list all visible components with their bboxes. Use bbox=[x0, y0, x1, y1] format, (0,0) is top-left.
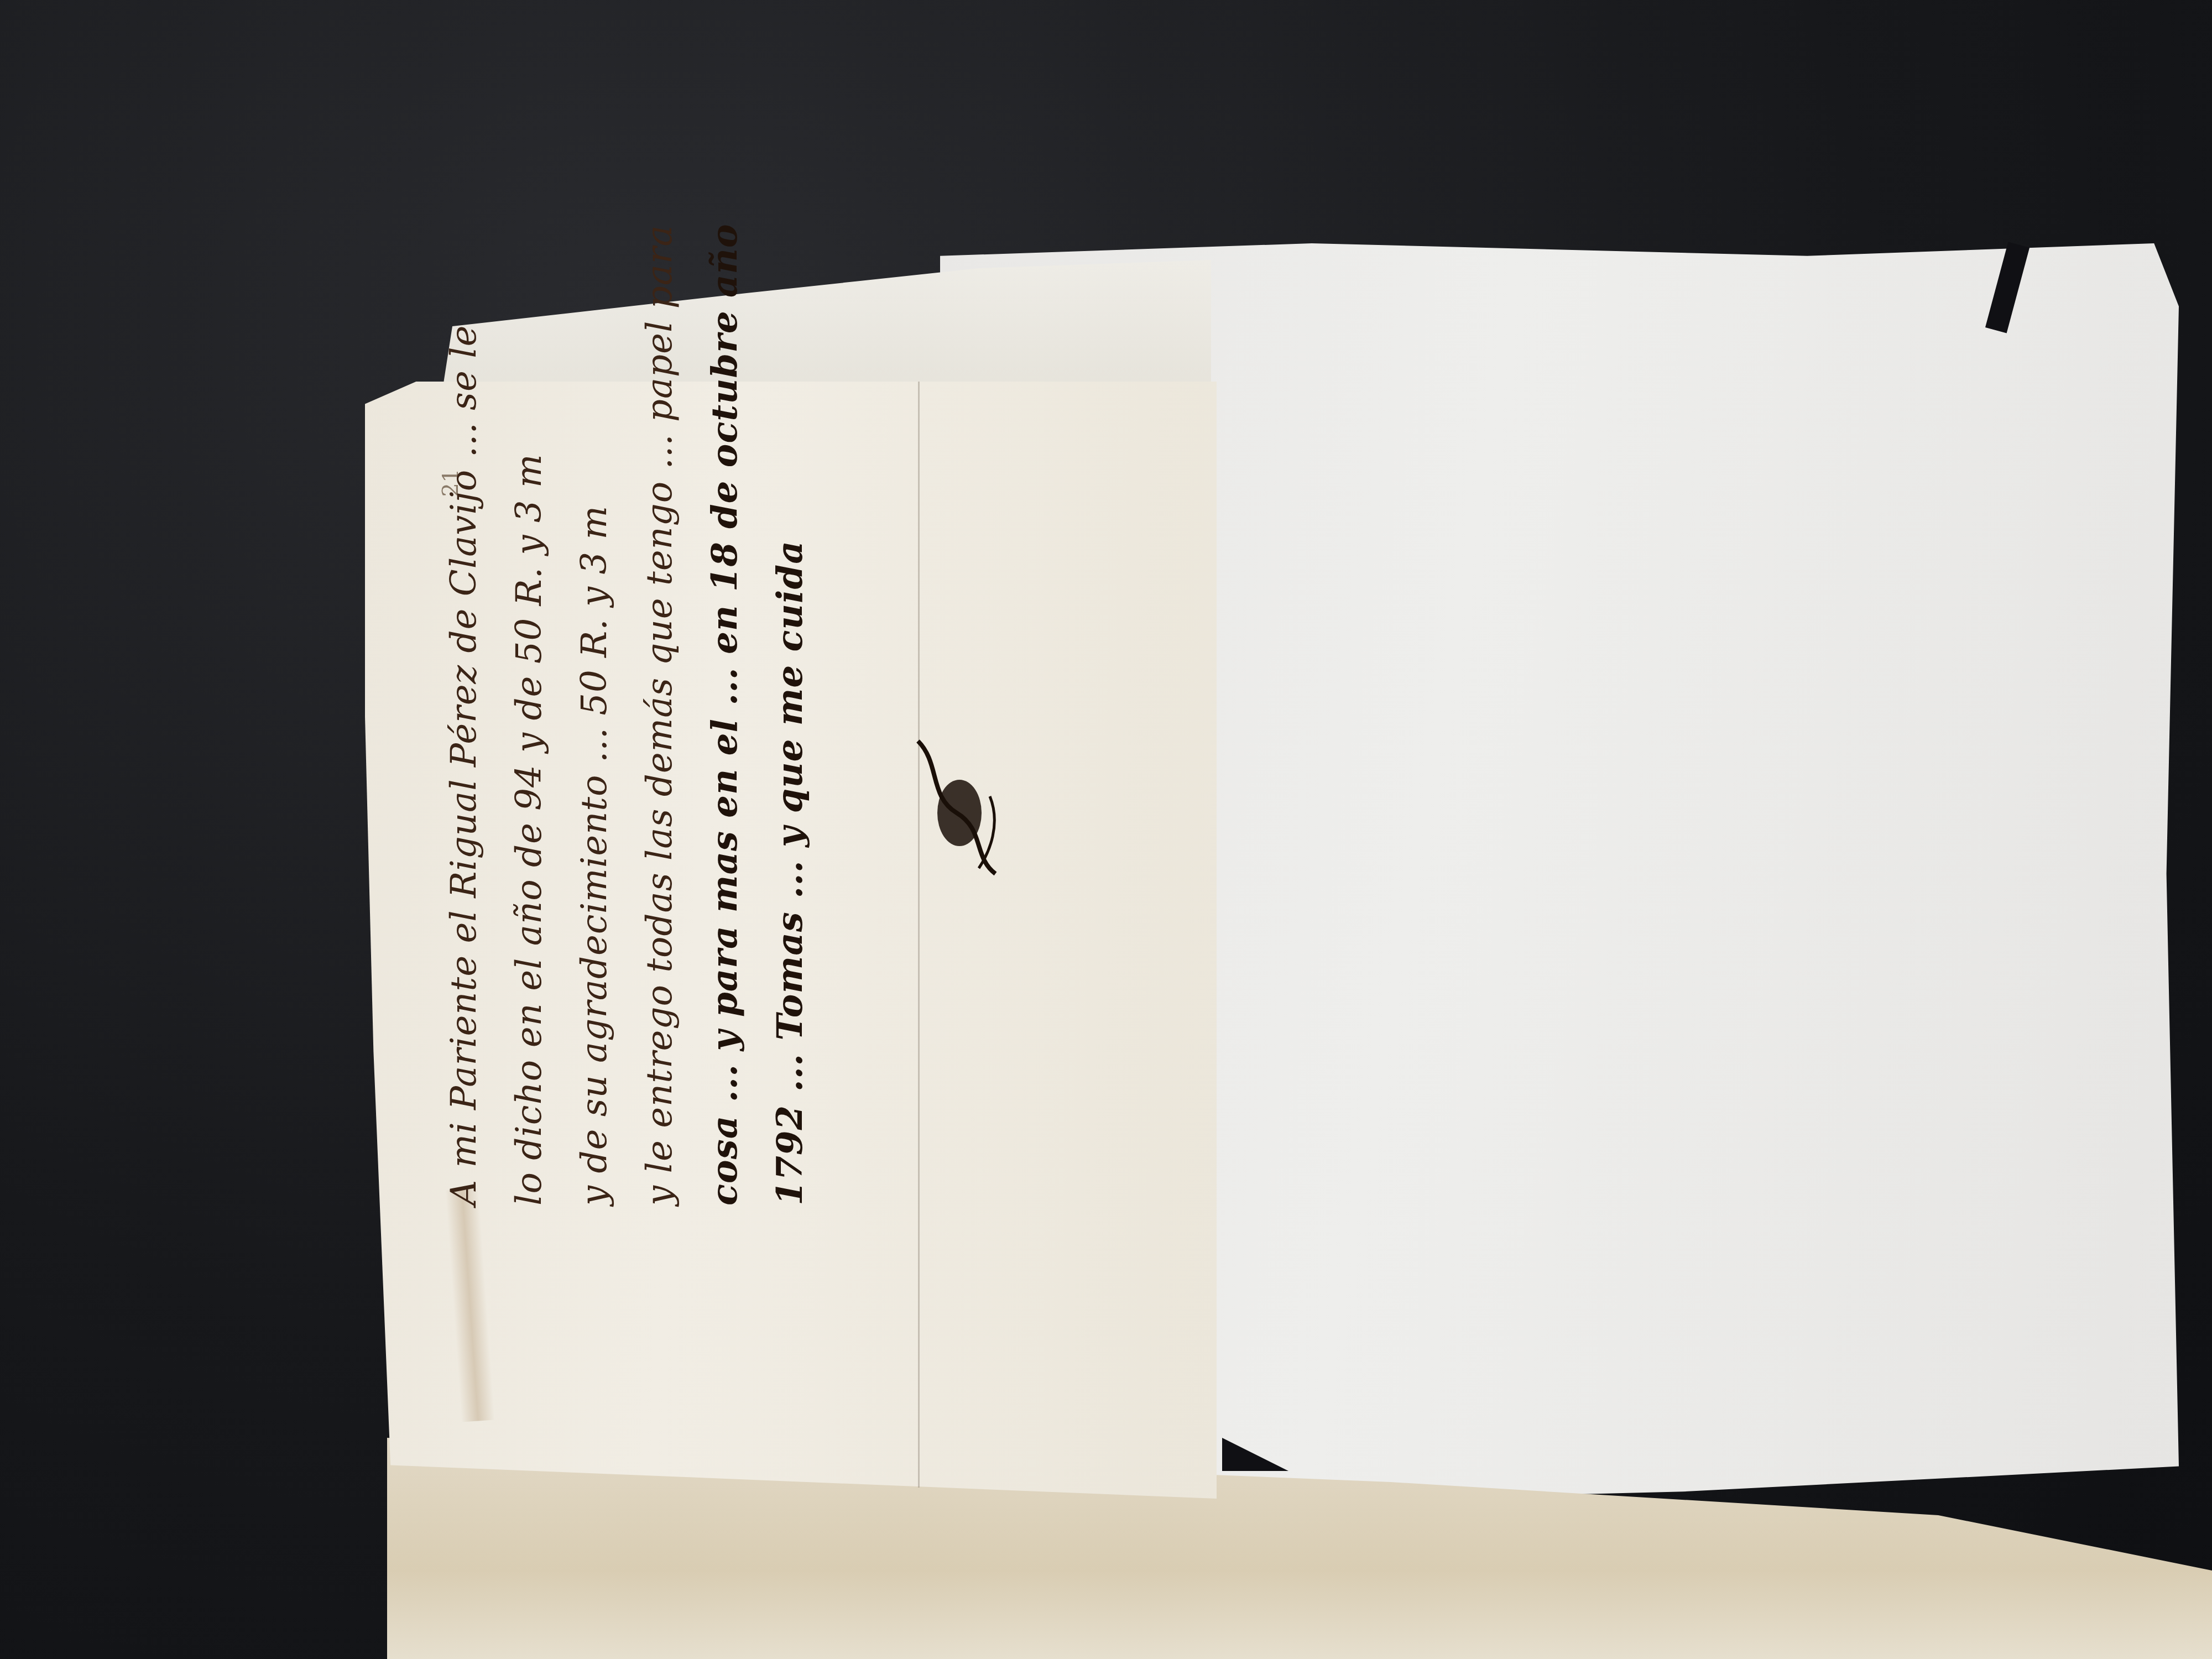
signature-rubric-icon bbox=[907, 730, 1006, 885]
manuscript-line: A mi Pariente el Rigual Pérez de Clavijo… bbox=[431, 155, 497, 1206]
manuscript-line: lo dicho en el año de 94 y de 50 R. y 3 … bbox=[497, 155, 562, 1206]
manuscript-text: A mi Pariente el Rigual Pérez de Clavijo… bbox=[431, 155, 823, 1206]
fold-line bbox=[918, 382, 920, 1488]
manuscript-line: y de su agradecimiento ... 50 R. y 3 m bbox=[562, 155, 627, 1206]
manuscript-line: y le entrego todas las demás que tengo .… bbox=[627, 155, 692, 1206]
manuscript-line: cosa ... y para mas en el ... en 18 de o… bbox=[692, 155, 758, 1206]
manuscript-line: 1792 ... Tomas ... y que me cuida bbox=[758, 155, 823, 1206]
